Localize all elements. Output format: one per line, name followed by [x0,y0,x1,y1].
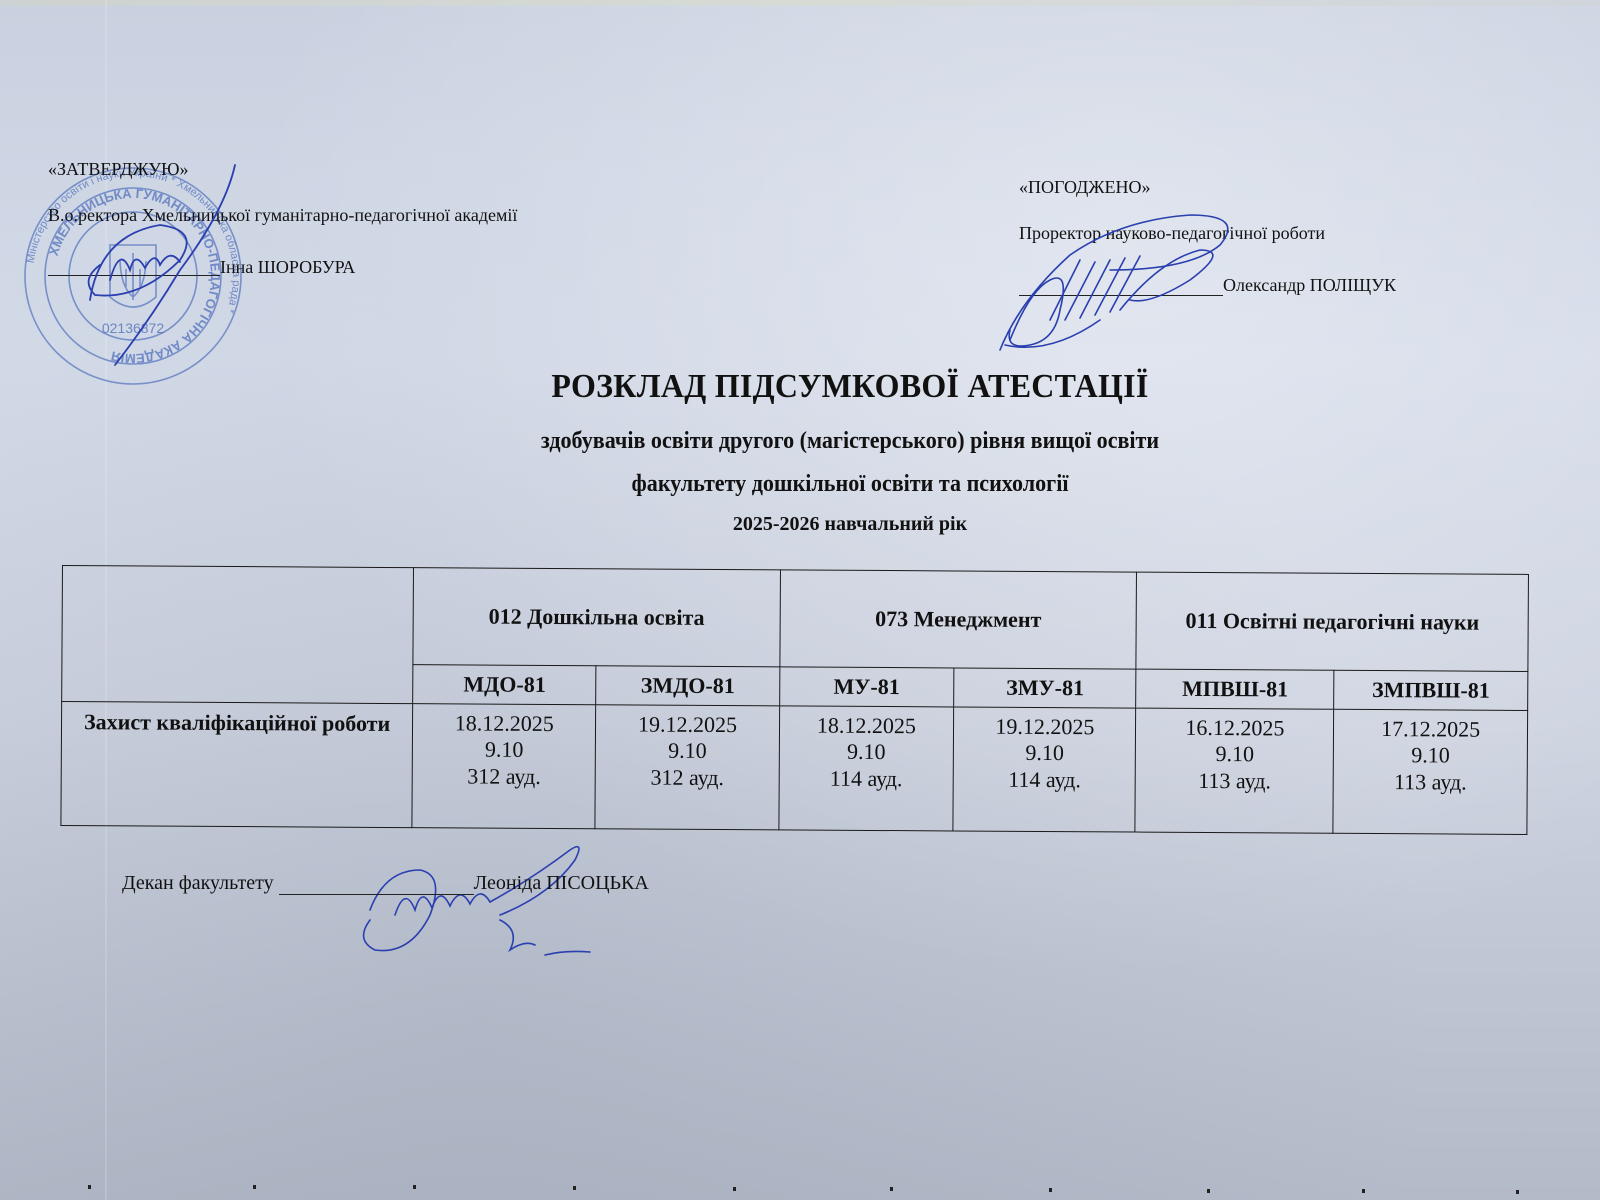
row-label-defense: Захист кваліфікаційної роботи [61,702,413,828]
agreed-signature-line: Олександр ПОЛІЩУК [1019,275,1396,296]
schedule-cell: 19.12.2025 9.10 312 ауд. [595,705,779,830]
approval-heading: «ЗАТВЕРДЖУЮ» [48,160,188,178]
signature-underline [1019,295,1223,296]
cell-room: 113 ауд. [1137,767,1332,795]
empty-corner-cell [62,566,414,704]
academic-year: 2025-2026 навчальний рік [0,513,1600,536]
cell-time: 9.10 [1137,741,1332,769]
cell-time: 9.10 [780,739,952,766]
cell-date: 17.12.2025 [1335,716,1526,744]
perforation-dots [0,1185,1600,1191]
cell-time: 9.10 [597,738,777,765]
agreed-name: Олександр ПОЛІЩУК [1223,275,1396,295]
official-stamp-icon: Міністерство освіти і науки України * Хм… [22,165,244,387]
cell-room: 113 ауд. [1335,769,1526,797]
cell-time: 9.10 [414,737,594,764]
document-title: РОЗКЛАД ПІДСУМКОВОЇ АТЕСТАЦІЇ [51,368,1600,406]
group-header: МДО-81 [413,665,596,705]
cell-date: 19.12.2025 [597,711,777,738]
dean-name: Леоніда ПІСОЦЬКА [474,872,649,894]
dean-position: Декан факультету [122,872,274,894]
group-header: МУ-81 [779,667,954,707]
schedule-cell: 18.12.2025 9.10 114 ауд. [779,706,954,831]
cell-room: 114 ауд. [955,766,1134,793]
document-subtitle-faculty: факультету дошкільної освіти та психолог… [68,471,1600,498]
cell-time: 9.10 [955,740,1134,767]
cell-room: 312 ауд. [597,764,777,791]
paper-top-edge [0,0,1600,6]
specialty-header-073: 073 Менеджмент [780,570,1137,669]
group-header: МПВШ-81 [1136,669,1334,709]
schedule-cell: 19.12.2025 9.10 114 ауд. [953,707,1136,832]
group-header: ЗМУ-81 [954,668,1136,708]
specialty-header-011: 011 Освітні педагогічні науки [1136,572,1528,671]
stamp-code: 02136872 [102,320,165,336]
cell-room: 312 ауд. [414,763,594,790]
document-subtitle-level: здобувачів освіти другого (магістерськог… [68,428,1600,455]
specialty-header-row: 012 Дошкільна освіта 073 Менеджмент 011 … [62,566,1529,672]
cell-date: 18.12.2025 [414,710,594,737]
dean-signature-block: Декан факультету Леоніда ПІСОЦЬКА [122,872,649,895]
agreed-position: Проректор науково-педагогічної роботи [1019,223,1325,244]
schedule-table: 012 Дошкільна освіта 073 Менеджмент 011 … [60,565,1529,835]
group-header: ЗМПВШ-81 [1334,670,1528,710]
schedule-cell: 17.12.2025 9.10 113 ауд. [1333,709,1527,834]
cell-time: 9.10 [1335,742,1526,770]
schedule-cell: 16.12.2025 9.10 113 ауд. [1135,708,1334,833]
dean-signature-icon [350,840,600,970]
group-header: ЗМДО-81 [596,666,779,706]
approval-position: В.о.ректора Хмельницької гуманітарно-пед… [48,206,517,224]
table-row: Захист кваліфікаційної роботи 18.12.2025… [61,702,1528,835]
schedule-cell: 18.12.2025 9.10 312 ауд. [412,704,596,829]
approval-signature-line: Інна ШОРОБУРА [48,258,355,276]
cell-room: 114 ауд. [780,765,952,792]
cell-date: 16.12.2025 [1137,715,1332,743]
signature-underline [279,894,474,895]
approval-name: Інна ШОРОБУРА [220,257,355,277]
specialty-header-012: 012 Дошкільна освіта [413,568,780,667]
cell-date: 18.12.2025 [781,712,953,739]
cell-date: 19.12.2025 [955,713,1134,740]
agreed-heading: «ПОГОДЖЕНО» [1019,177,1150,198]
signature-underline [48,275,220,276]
